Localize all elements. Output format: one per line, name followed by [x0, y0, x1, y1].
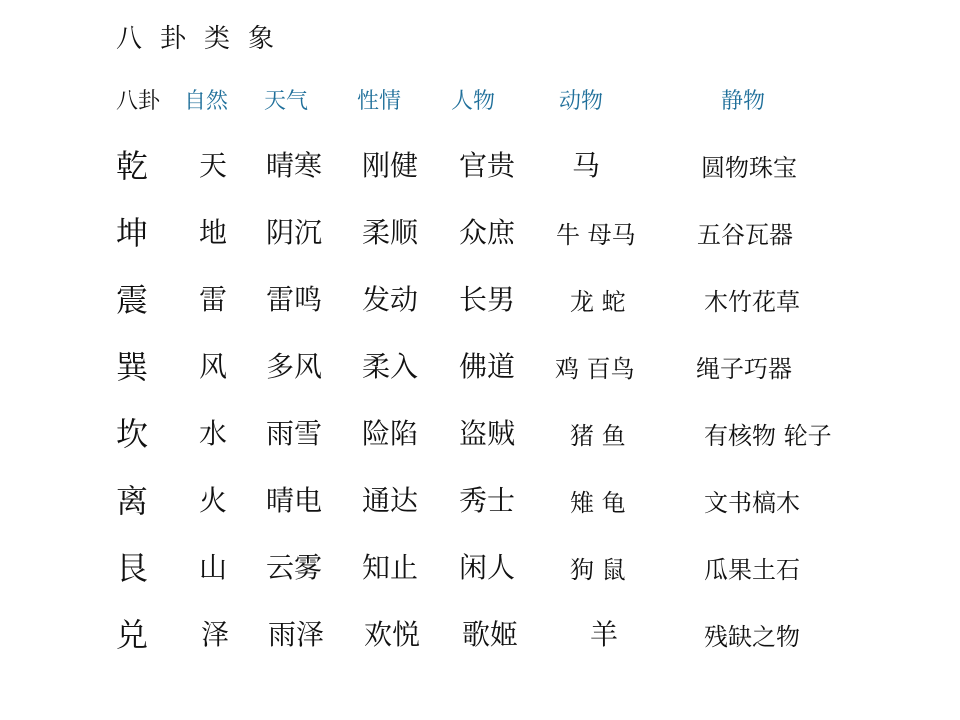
weather-cell: 晴寒 [266, 144, 322, 184]
nature-cell: 山 [199, 546, 227, 586]
table-row: 巽 风 多风 柔入 佛道 鸡 百鸟 绳子巧器 [0, 342, 960, 392]
object-cell: 有核物 轮子 [704, 416, 832, 451]
temperament-cell: 知止 [362, 546, 418, 586]
trigram-cell: 震 [116, 275, 148, 321]
animal-cell: 马 [572, 144, 600, 184]
object-cell: 绳子巧器 [696, 349, 792, 384]
trigram-cell: 坤 [116, 208, 148, 254]
weather-cell: 雷鸣 [266, 278, 322, 318]
person-cell: 官贵 [459, 144, 515, 184]
animal-cell: 狗 鼠 [570, 550, 626, 585]
object-cell: 残缺之物 [704, 617, 800, 652]
weather-cell: 雨泽 [268, 613, 324, 653]
person-cell: 长男 [459, 278, 515, 318]
header-trigram: 八卦 [116, 84, 160, 115]
person-cell: 佛道 [459, 345, 515, 385]
object-cell: 五谷瓦器 [697, 215, 793, 250]
trigram-cell: 艮 [116, 543, 148, 589]
table-row: 艮 山 云雾 知止 闲人 狗 鼠 瓜果土石 [0, 543, 960, 593]
animal-cell: 牛 母马 [556, 215, 636, 250]
animal-cell: 雉 龟 [570, 483, 626, 518]
trigram-cell: 坎 [116, 409, 148, 455]
header-nature: 自然 [184, 84, 228, 115]
weather-cell: 阴沉 [266, 211, 322, 251]
temperament-cell: 发动 [362, 278, 418, 318]
page-title: 八卦类象 [116, 18, 292, 55]
temperament-cell: 通达 [362, 479, 418, 519]
nature-cell: 天 [199, 144, 227, 184]
person-cell: 闲人 [459, 546, 515, 586]
person-cell: 盗贼 [459, 412, 515, 452]
nature-cell: 泽 [201, 613, 229, 653]
weather-cell: 多风 [266, 345, 322, 385]
table-row: 离 火 晴电 通达 秀士 雉 龟 文书槁木 [0, 476, 960, 526]
temperament-cell: 柔入 [362, 345, 418, 385]
temperament-cell: 刚健 [362, 144, 418, 184]
nature-cell: 风 [199, 345, 227, 385]
animal-cell: 鸡 百鸟 [555, 349, 635, 384]
animal-cell: 羊 [590, 613, 618, 653]
object-cell: 圆物珠宝 [701, 148, 797, 183]
person-cell: 秀士 [459, 479, 515, 519]
nature-cell: 雷 [199, 278, 227, 318]
object-cell: 文书槁木 [704, 483, 800, 518]
table-row: 兑 泽 雨泽 欢悦 歌姬 羊 残缺之物 [0, 610, 960, 660]
weather-cell: 雨雪 [266, 412, 322, 452]
weather-cell: 云雾 [266, 546, 322, 586]
weather-cell: 晴电 [266, 479, 322, 519]
temperament-cell: 险陷 [362, 412, 418, 452]
animal-cell: 龙 蛇 [570, 282, 626, 317]
trigram-cell: 兑 [116, 610, 148, 656]
nature-cell: 地 [199, 211, 227, 251]
temperament-cell: 欢悦 [364, 613, 420, 653]
trigram-cell: 乾 [116, 141, 148, 187]
table-row: 坎 水 雨雪 险陷 盗贼 猪 鱼 有核物 轮子 [0, 409, 960, 459]
header-person: 人物 [451, 84, 495, 115]
header-object: 静物 [721, 84, 765, 115]
header-temperament: 性情 [357, 84, 401, 115]
header-animal: 动物 [559, 84, 603, 115]
person-cell: 众庶 [459, 211, 515, 251]
temperament-cell: 柔顺 [362, 211, 418, 251]
nature-cell: 水 [199, 412, 227, 452]
table-header: 八卦 自然 天气 性情 人物 动物 静物 [0, 84, 960, 116]
trigram-cell: 离 [116, 476, 148, 522]
object-cell: 木竹花草 [704, 282, 800, 317]
person-cell: 歌姬 [462, 613, 518, 653]
nature-cell: 火 [199, 479, 227, 519]
trigram-cell: 巽 [116, 342, 148, 388]
table-row: 坤 地 阴沉 柔顺 众庶 牛 母马 五谷瓦器 [0, 208, 960, 258]
table-row: 乾 天 晴寒 刚健 官贵 马 圆物珠宝 [0, 141, 960, 191]
animal-cell: 猪 鱼 [570, 416, 626, 451]
object-cell: 瓜果土石 [704, 550, 800, 585]
header-weather: 天气 [264, 84, 308, 115]
table-row: 震 雷 雷鸣 发动 长男 龙 蛇 木竹花草 [0, 275, 960, 325]
